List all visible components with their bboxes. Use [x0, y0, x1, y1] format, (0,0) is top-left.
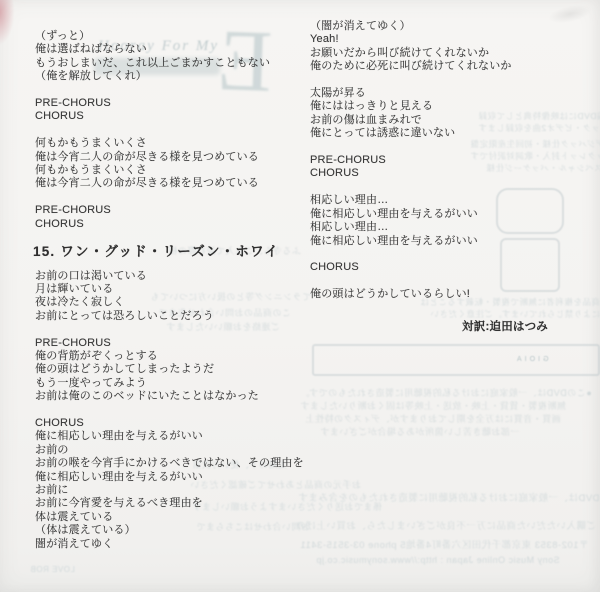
lyric-line	[310, 141, 550, 154]
lyric-line: PRE-CHORUS	[35, 97, 301, 110]
lyric-line: 俺は今宵二人の命が尽きる様を見つめている	[35, 151, 301, 164]
lyric-line: お願いだから叫び続けてくれないか	[310, 47, 550, 60]
lyric-line: 俺にとっては誘惑に違いない	[310, 127, 550, 140]
bleedthrough-text: 一部お聴き苦しい箇所がある場合がございます	[320, 425, 520, 438]
lyric-line: CHORUS	[35, 218, 301, 231]
lyric-line: 月は輝いている	[35, 283, 301, 296]
lyrics-column-right: （闇が消えてゆく）Yeah!お願いだから叫び続けてくれないか俺のために必死に叫び…	[310, 20, 550, 334]
lyric-line: 夜は冷たく寂しく	[35, 296, 301, 309]
lyric-line: もう一度やってみよう	[35, 377, 301, 390]
lyric-line: CHORUS	[35, 110, 301, 123]
lyric-line	[310, 74, 550, 87]
lyric-line: お前は俺のこのベッドにいたことはなかった	[35, 390, 301, 403]
lyric-line: お前の	[35, 444, 301, 457]
lyrics-block-top: （ずっと）俺は選ばねばならないもうおしまいだ、これ以上ごまかすこともない（俺を解…	[35, 30, 301, 231]
lyric-line: 俺の頭はどうかしているらしい!	[310, 288, 550, 301]
lyric-line: CHORUS	[35, 417, 301, 430]
lyric-line: 何もかもうまくいくさ	[35, 137, 301, 150]
lyric-line	[310, 181, 550, 194]
bleedthrough-text: 〒102-8353 東京都千代田区六番町4番地5 phone 03-3515-3…	[300, 537, 589, 551]
lyric-line	[310, 275, 550, 288]
lyric-line: 俺に相応しい理由を与えるがいい	[35, 430, 301, 443]
bleedthrough-text: ●このDVDは、一般家庭における私的視聴用に製造されたものです。	[300, 386, 592, 399]
lyric-line: PRE-CHORUS	[35, 337, 301, 350]
lyric-line: 太陽が昇る	[310, 87, 550, 100]
lyric-line: 俺に相応しい理由を与えるがいい	[310, 235, 550, 248]
lyric-line: Yeah!	[310, 33, 550, 46]
lyric-line	[35, 323, 301, 336]
lyrics-column-left: （ずっと）俺は選ばねばならないもうおしまいだ、これ以上ごまかすこともない（俺を解…	[35, 30, 301, 551]
lyric-line: お前に	[35, 484, 301, 497]
booklet-page: Hooray For My Ǝ GIOIA 本編DVDには映像特典として収録ミュ…	[0, 0, 600, 592]
lyric-line	[35, 124, 301, 137]
lyric-line: 闇が消えてゆく	[35, 538, 301, 551]
lyric-line	[35, 84, 301, 97]
lyric-line: 俺に相応しい理由を与えるがいい	[35, 471, 301, 484]
lyric-line: 俺のために必死に叫び続けてくれないか	[310, 60, 550, 73]
lyric-line: 俺にははっきりと見える	[310, 100, 550, 113]
lyric-line: （ずっと）	[35, 30, 301, 43]
lyric-line: 俺に相応しい理由を与えるがいい	[310, 208, 550, 221]
lyric-line: もうおしまいだ、これ以上ごまかすこともない	[35, 57, 301, 70]
bleedthrough-text: 画質・音質には万全を期しておりますが、ディスクの特性上	[305, 412, 561, 425]
lyric-line	[35, 191, 301, 204]
lyric-line: 俺の頭はどうかしてしまったようだ	[35, 363, 301, 376]
bleedthrough-text: 無断複製・賃貸・上映・放送・上映等は固くお断りいたします	[300, 399, 566, 412]
song-title: 15. ワン・グッド・リーズン・ホワイ	[33, 245, 301, 258]
lyric-line: PRE-CHORUS	[310, 154, 550, 167]
lyric-line: 相応しい理由…	[310, 194, 550, 207]
lyric-line: お前に今宵愛を与えるべき理由を	[35, 497, 301, 510]
lyric-line: 何もかもうまくいくさ	[35, 164, 301, 177]
bleedthrough-text: LOVE ROB	[30, 565, 75, 574]
lyric-line: 俺は選ばねばならない	[35, 43, 301, 56]
lyric-line: CHORUS	[310, 167, 550, 180]
lyric-line: 俺の背筋がぞくっとする	[35, 350, 301, 363]
bleedthrough-text: Sony Music Online Japan : http://www.son…	[316, 555, 560, 565]
lyric-line: お前の口は渇いている	[35, 270, 301, 283]
lyrics-block-bottom: お前の口は渇いている月は輝いている夜は冷たく寂しくお前にとっては恐ろしいことだろ…	[35, 270, 301, 552]
bleedthrough-box	[312, 344, 600, 376]
lyric-line: （体は震えている）	[35, 524, 301, 537]
lyric-line: 相応しい理由…	[310, 221, 550, 234]
lyric-line: （闇が消えてゆく）	[310, 20, 550, 33]
lyric-line: お前の傷は血まみれで	[310, 114, 550, 127]
lyric-line	[310, 248, 550, 261]
lyric-line: CHORUS	[310, 261, 550, 274]
lyric-line: （俺を解放してくれ）	[35, 70, 301, 83]
lyric-line: お前にとっては恐ろしいことだろう	[35, 310, 301, 323]
lyric-line: 体は震えている	[35, 511, 301, 524]
lyrics-block-right: （闇が消えてゆく）Yeah!お願いだから叫び続けてくれないか俺のために必死に叫び…	[310, 20, 550, 302]
lyric-line: 俺は今宵二人の命が尽きる様を見つめている	[35, 177, 301, 190]
lyric-line: PRE-CHORUS	[35, 204, 301, 217]
lyric-line: お前の喉を今宵手にかけるべきではない、その理由を	[35, 457, 301, 470]
bleedthrough-text: ご購入いただいた商品に万一不良がございましたら、お買い上げの	[296, 518, 596, 532]
bleedthrough-text: ●このDVDは、一般家庭における私的視聴用に製造されたものを含みます	[298, 490, 600, 504]
lyric-line	[35, 404, 301, 417]
translation-credit: 対訳:迫田はつみ	[310, 321, 550, 334]
ghost-letters: GIOIA	[514, 356, 548, 363]
